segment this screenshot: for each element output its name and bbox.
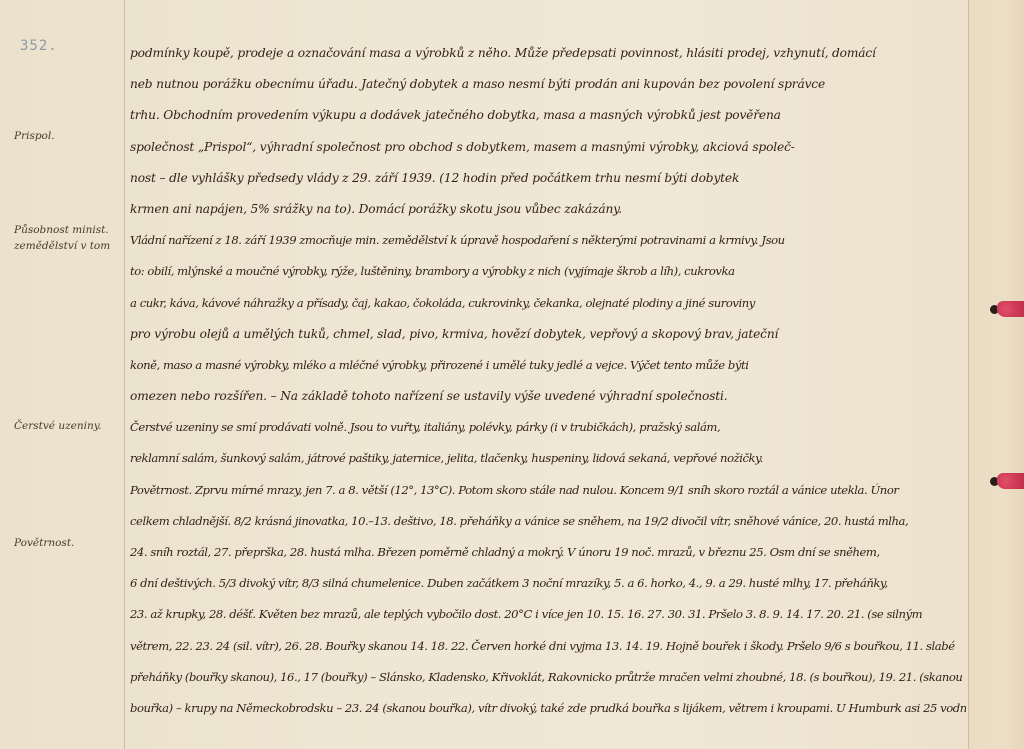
text-line: reklamní salám, šunkový salám, játrové p… <box>130 443 966 474</box>
ledger-page: 352. Prispol. Působnost minist. zeměděls… <box>0 0 968 749</box>
text-line: větrem, 22. 23. 24 (sil. vítr), 26. 28. … <box>130 631 966 662</box>
text-line: podmínky koupě, prodeje a označování mas… <box>130 38 966 69</box>
red-thread-icon <box>997 473 1024 489</box>
text-line: trhu. Obchodním provedením výkupu a dodá… <box>130 100 966 131</box>
text-line: 6 dní deštivých. 5/3 divoký vítr, 8/3 si… <box>130 568 966 599</box>
text-line: koně, maso a masné výrobky, mléko a mléč… <box>130 350 966 381</box>
text-line: Povětrnost. Zprvu mírné mrazy, jen 7. a … <box>130 475 966 506</box>
text-line: a cukr, káva, kávové náhražky a přísady,… <box>130 288 966 319</box>
text-line: krmen ani napájen, 5% srážky na to). Dom… <box>130 194 966 225</box>
margin-note-prispol: Prispol. <box>14 128 122 144</box>
text-line: 23. až krupky, 28. déšť. Květen bez mraz… <box>130 599 966 630</box>
text-line: 24. sníh roztál, 27. přeprška, 28. hustá… <box>130 537 966 568</box>
text-line: nost – dle vyhlášky předsedy vlády z 29.… <box>130 163 966 194</box>
red-thread-icon <box>997 301 1024 317</box>
binding-thread-icon <box>990 472 1024 490</box>
page-binding-edge <box>968 0 1024 749</box>
text-line: omezen nebo rozšířen. – Na základě tohot… <box>130 381 966 412</box>
margin-note-ministry-authority: Působnost minist. zemědělství v tom <box>14 222 122 254</box>
text-line: pro výrobu olejů a umělých tuků, chmel, … <box>130 319 966 350</box>
text-line: bouřka) – krupy na Německobrodsku – 23. … <box>130 693 966 724</box>
text-line: to: obilí, mlýnské a moučné výrobky, rýž… <box>130 256 966 287</box>
text-line: celkem chladnější. 8/2 krásná jinovatka,… <box>130 506 966 537</box>
margin-note-weather: Povětrnost. <box>14 535 122 551</box>
binding-thread-icon <box>990 300 1024 318</box>
page-number: 352. <box>20 38 58 54</box>
text-line: neb nutnou porážku obecnímu úřadu. Jateč… <box>130 69 966 100</box>
text-line: přeháňky (bouřky skanou), 16., 17 (bouřk… <box>130 662 966 693</box>
text-line: společnost „Prispol“, výhradní společnos… <box>130 132 966 163</box>
handwritten-body: podmínky koupě, prodeje a označování mas… <box>130 38 966 724</box>
margin-rule <box>124 0 125 749</box>
text-line: Čerstvé uzeniny se smí prodávati volně. … <box>130 412 966 443</box>
text-line: Vládní nařízení z 18. září 1939 zmocňuje… <box>130 225 966 256</box>
margin-note-fresh-smoked-meats: Čerstvé uzeniny. <box>14 418 122 434</box>
